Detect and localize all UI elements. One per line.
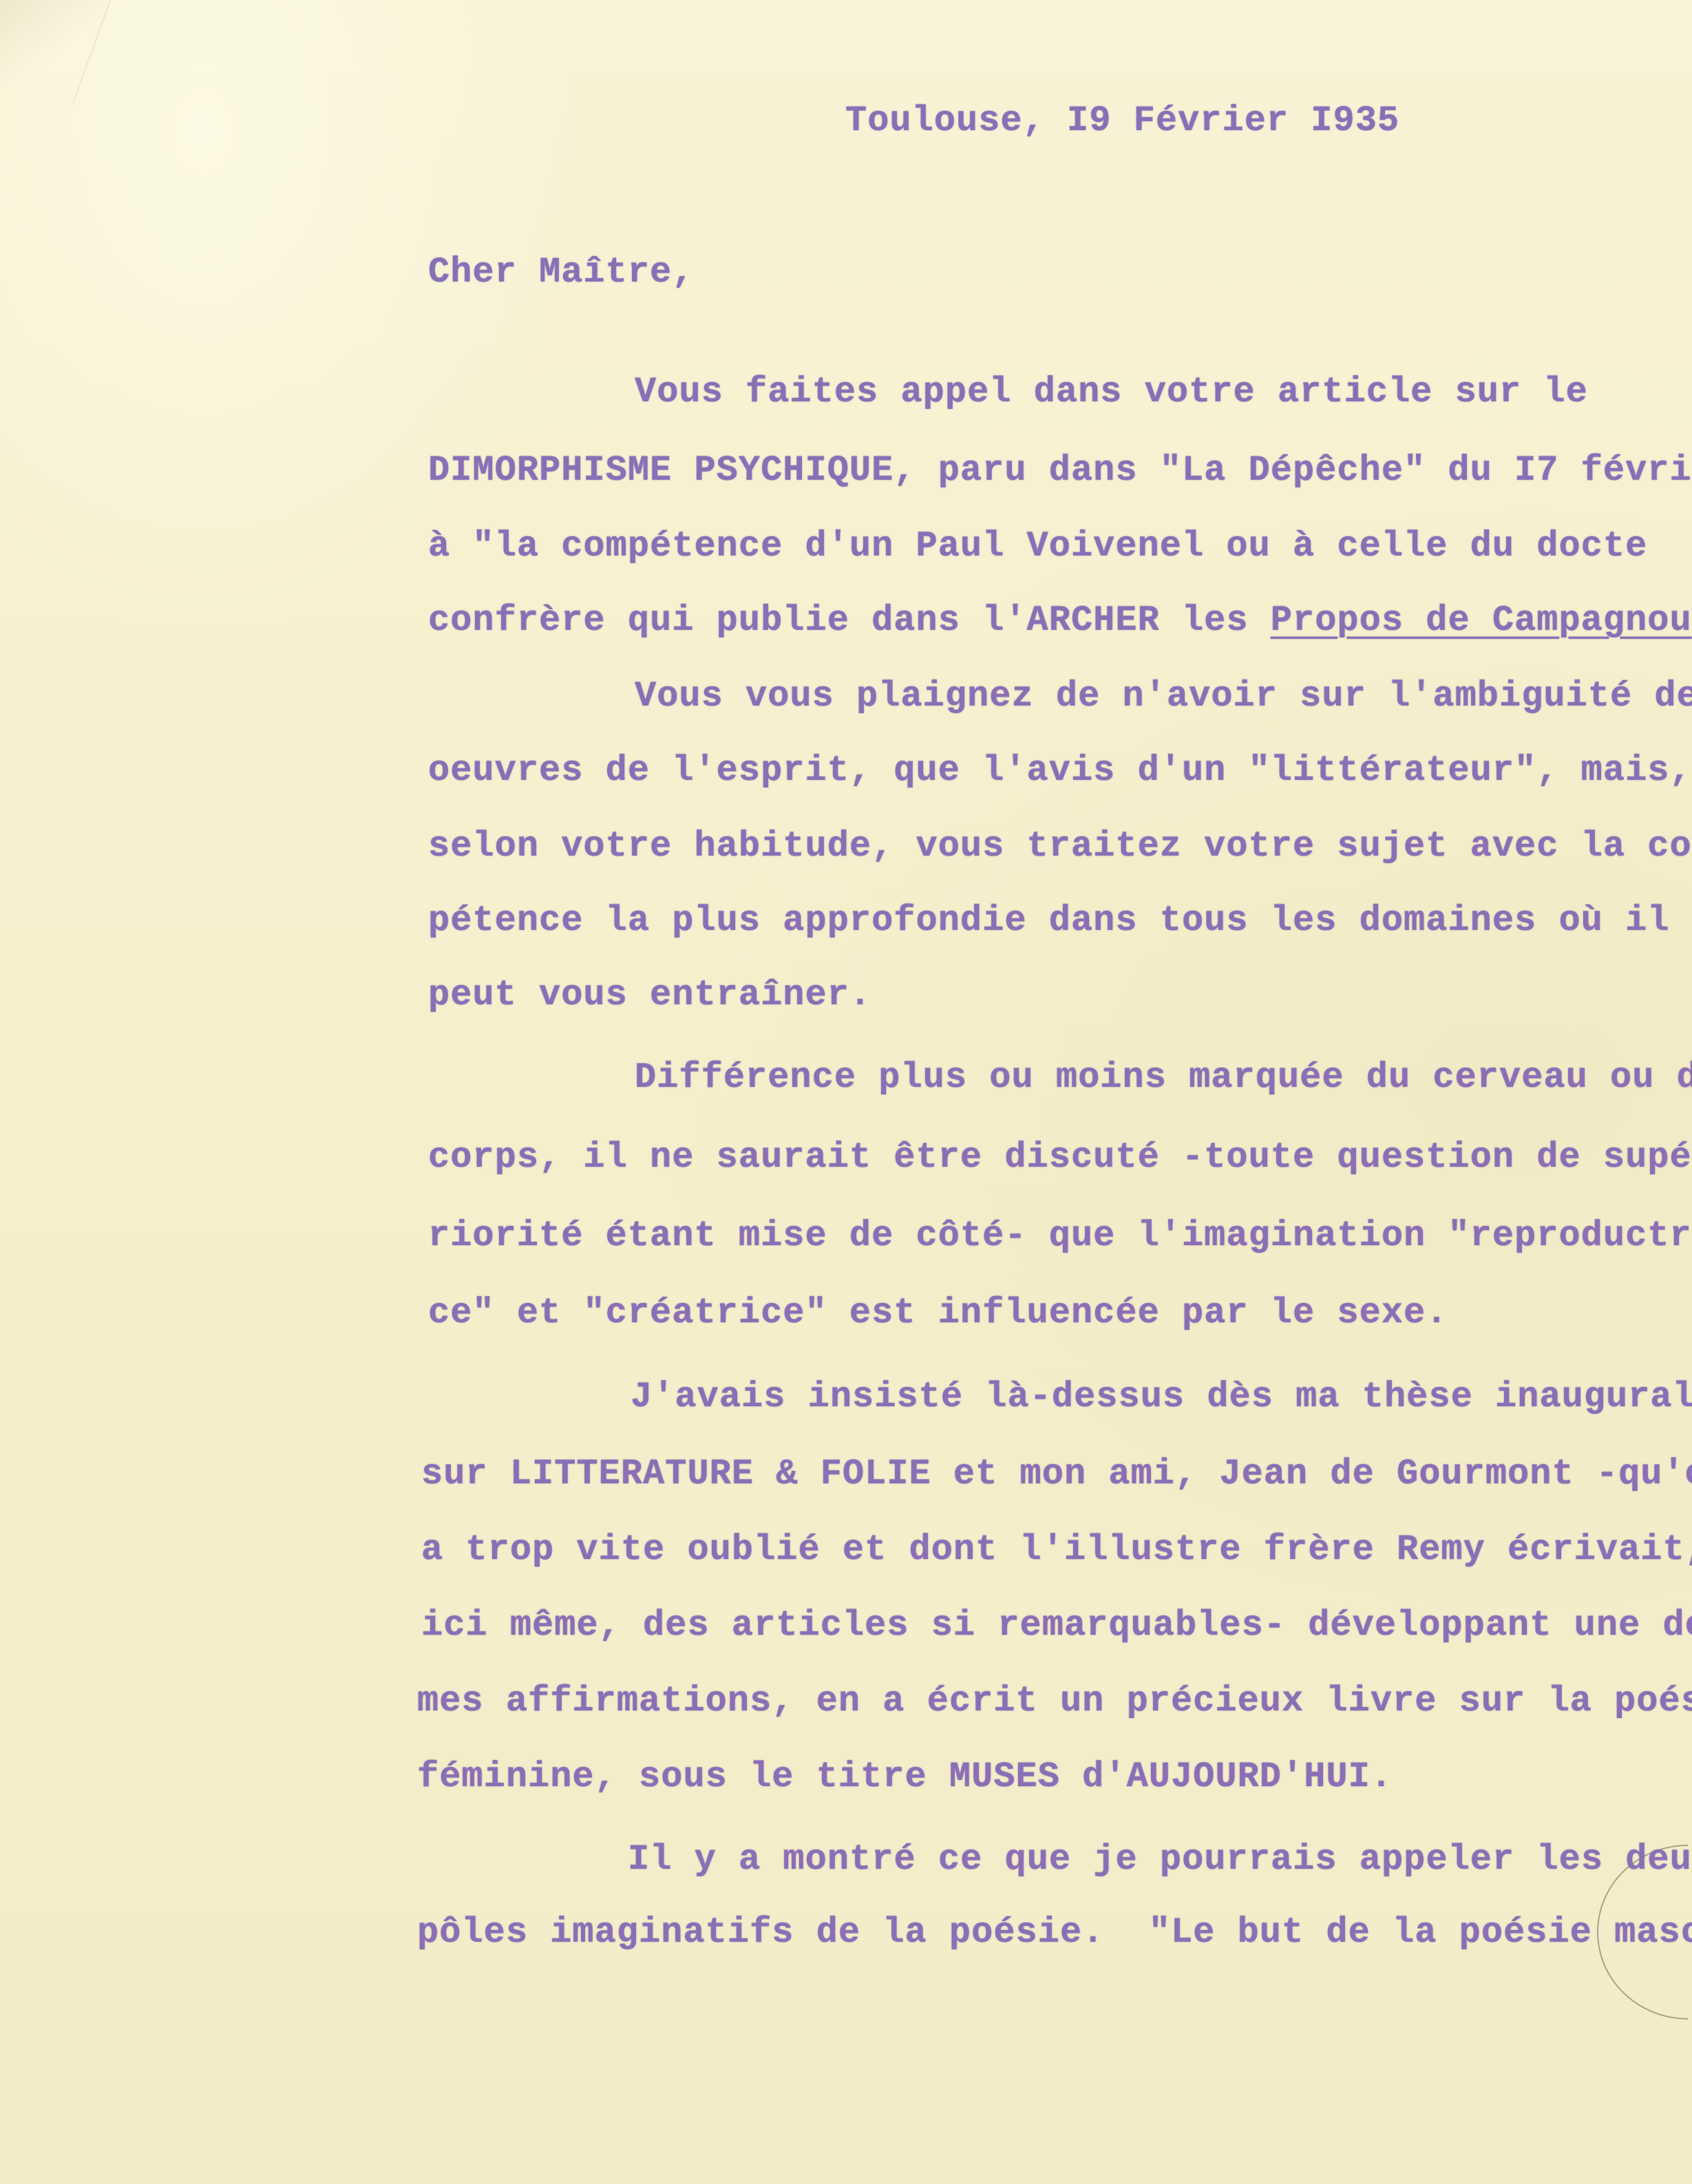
paragraph-1-line-2: DIMORPHISME PSYCHIQUE, paru dans "La Dép…	[428, 453, 1692, 489]
paragraph-3-line-2: corps, il ne saurait être discuté -toute…	[428, 1140, 1692, 1176]
paragraph-5-line-1: Il y a montré ce que je pourrais appeler…	[628, 1842, 1692, 1878]
paragraph-4-line-6: féminine, sous le titre MUSES d'AUJOURD'…	[417, 1759, 1393, 1795]
paragraph-2-line-5: peut vous entraîner.	[428, 977, 871, 1013]
paragraph-4-line-2: sur LITTERATURE & FOLIE et mon ami, Jean…	[421, 1456, 1692, 1492]
paragraph-2-line-2: oeuvres de l'esprit, que l'avis d'un "li…	[428, 753, 1692, 789]
paragraph-2-line-4: pétence la plus approfondie dans tous le…	[428, 903, 1669, 939]
paragraph-4-line-3: a trop vite oublié et dont l'illustre fr…	[421, 1532, 1692, 1568]
paragraph-1-line-1: Vous faites appel dans votre article sur…	[635, 374, 1588, 410]
paragraph-4-line-5: mes affirmations, en a écrit un précieux…	[417, 1684, 1692, 1719]
paragraph-1-line-3: à "la compétence d'un Paul Voivenel ou à…	[428, 529, 1647, 564]
paragraph-1-line-4-text: confrère qui publie dans l'ARCHER les	[428, 600, 1271, 641]
paragraph-1-line-4: confrère qui publie dans l'ARCHER les Pr…	[428, 603, 1692, 639]
paragraph-2-line-1: Vous vous plaignez de n'avoir sur l'ambi…	[635, 679, 1692, 714]
paragraph-3-line-3: riorité étant mise de côté- que l'imagin…	[428, 1218, 1692, 1254]
paragraph-4-line-4: ici même, des articles si remarquables- …	[421, 1608, 1692, 1644]
place-date: Toulouse, I9 Février I935	[845, 103, 1399, 139]
paragraph-4-line-1: J'avais insisté là-dessus dès ma thèse i…	[631, 1379, 1692, 1415]
salutation: Cher Maître,	[428, 255, 694, 290]
underlined-title: Propos de Campagnou	[1271, 600, 1692, 641]
paragraph-2-line-3: selon votre habitude, vous traitez votre…	[428, 829, 1692, 865]
paragraph-3-line-4: ce" et "créatrice" est influencée par le…	[428, 1295, 1448, 1331]
paragraph-5-line-2: pôles imaginatifs de la poésie. "Le but …	[417, 1915, 1692, 1951]
paragraph-3-line-1: Différence plus ou moins marquée du cerv…	[635, 1060, 1692, 1096]
